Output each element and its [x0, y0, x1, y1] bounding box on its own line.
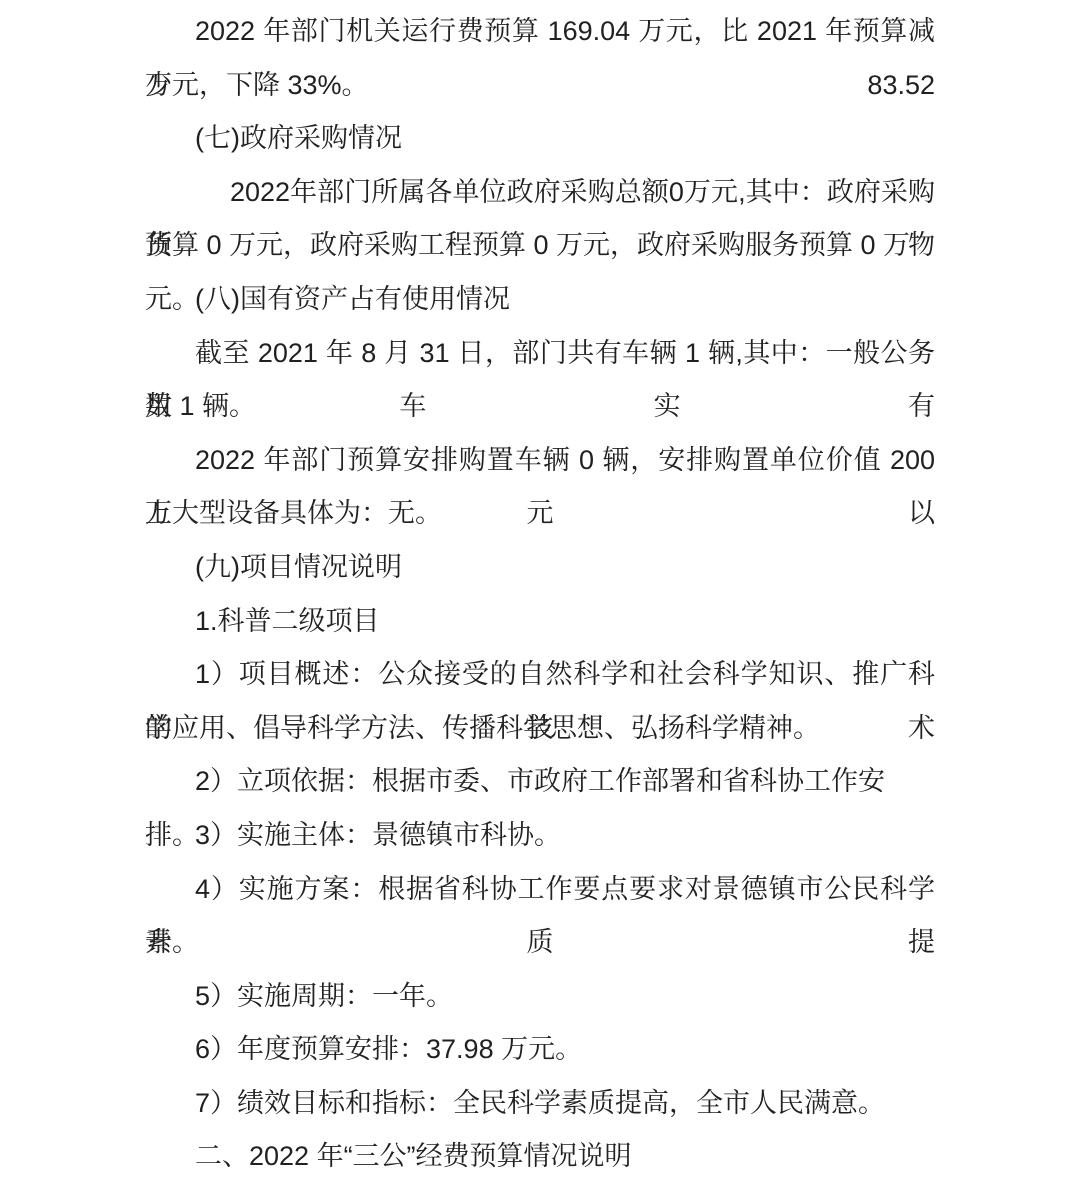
text-line: 2022 年部门机关运行费预算 169.04 万元，比 2021 年预算减少 8… [145, 5, 935, 59]
text-line: (八)国有资产占有使用情况 [145, 273, 935, 327]
text-line: 2）立项依据：根据市委、市政府工作部署和省科协工作安排。 [145, 755, 935, 809]
text-line: 6）年度预算安排：37.98 万元。 [145, 1023, 935, 1077]
text-line: 的应用、倡导科学方法、传播科学思想、弘扬科学精神。 [145, 702, 935, 756]
document-body: 2022 年部门机关运行费预算 169.04 万元，比 2021 年预算减少 8… [0, 0, 1074, 1184]
text-line: 1）项目概述：公众接受的自然科学和社会科学知识、推广科学技术 [145, 648, 935, 702]
text-line: 5）实施周期：一年。 [145, 970, 935, 1024]
text-line: 3）实施主体：景德镇市科协。 [145, 809, 935, 863]
text-line: 7）绩效目标和指标：全民科学素质提高，全市人民满意。 [145, 1077, 935, 1131]
text-line: 4）实施方案：根据省科协工作要点要求对景德镇市公民科学素质提 [145, 863, 935, 917]
text-line: 预算 0 万元，政府采购工程预算 0 万元，政府采购服务预算 0 万元。 [145, 219, 935, 273]
text-line: 2022年部门所属各单位政府采购总额0万元,其中：政府采购货物 [145, 166, 935, 220]
text-line: 截至 2021 年 8 月 31 日，部门共有车辆 1 辆,其中：一般公务用车实… [145, 327, 935, 381]
text-line: (七)政府采购情况 [145, 112, 935, 166]
document-page: 2022 年部门机关运行费预算 169.04 万元，比 2021 年预算减少 8… [0, 0, 1074, 1184]
text-line: 二、2022 年“三公”经费预算情况说明 [145, 1130, 935, 1184]
text-line: (九)项目情况说明 [145, 541, 935, 595]
text-line: 2022 年部门预算安排购置车辆 0 辆，安排购置单位价值 200 万元以 [145, 434, 935, 488]
text-line: 1.科普二级项目 [145, 595, 935, 649]
